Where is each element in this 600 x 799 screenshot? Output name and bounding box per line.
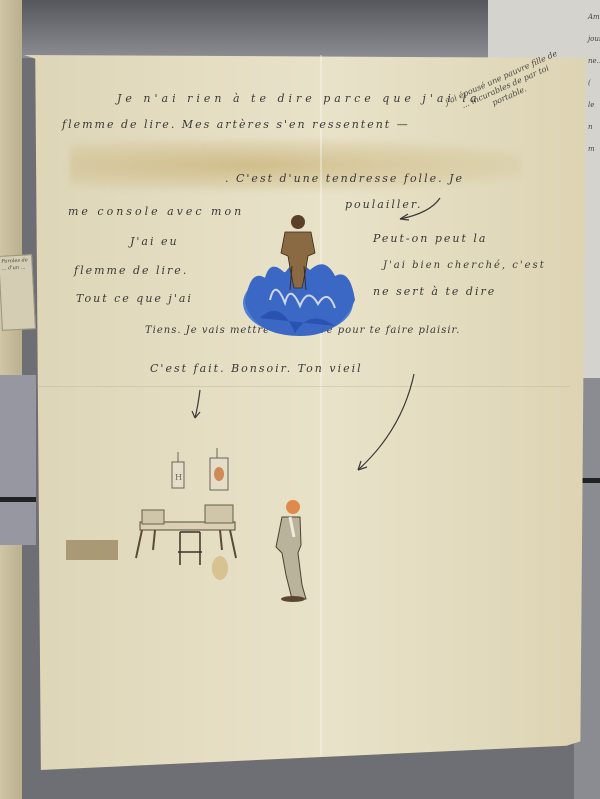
left-label-card: Paroles de ... d'un ... <box>0 254 36 331</box>
man-on-wave-icon <box>240 208 360 338</box>
left-display-panel <box>0 375 36 545</box>
display-case-backdrop <box>20 0 490 58</box>
frame-icon <box>172 452 184 488</box>
letter-line-3: . C'est d'une tendresse folle. Je <box>225 172 464 185</box>
letter-line-6: J'ai eu <box>130 235 179 248</box>
arrow-long-icon <box>352 370 422 475</box>
fold-line-horizontal <box>30 386 570 387</box>
chair-icon <box>178 532 202 565</box>
letter-line-13: C'est fait. Bonsoir. Ton vieil <box>150 362 363 375</box>
letter-line-7: flemme de lire. <box>74 264 188 277</box>
letter-line-11: ne sert à te dire <box>373 285 496 298</box>
bed-icon <box>66 540 118 560</box>
letter-line-10: J'ai bien cherché, c'est <box>383 260 546 271</box>
stain-spot <box>212 556 228 580</box>
arrow-down-icon <box>188 388 208 422</box>
standing-man-icon <box>268 495 313 605</box>
letter-line-2: flemme de lire. Mes artères s'en ressent… <box>62 118 410 131</box>
letter-line-9: Peut-on peut la <box>373 232 487 245</box>
svg-text:H: H <box>175 473 182 482</box>
letter-line-8: Tout ce que j'ai <box>76 292 193 305</box>
arrow-icon <box>395 195 445 225</box>
letter-line-1: Je n'ai rien à te dire parce que j'ai la <box>117 92 481 105</box>
right-sheet-text: Amie jour ne... ( le n m <box>588 6 600 160</box>
letter-line-4: me console avec mon <box>68 205 244 218</box>
fold-line-vertical <box>320 55 322 755</box>
